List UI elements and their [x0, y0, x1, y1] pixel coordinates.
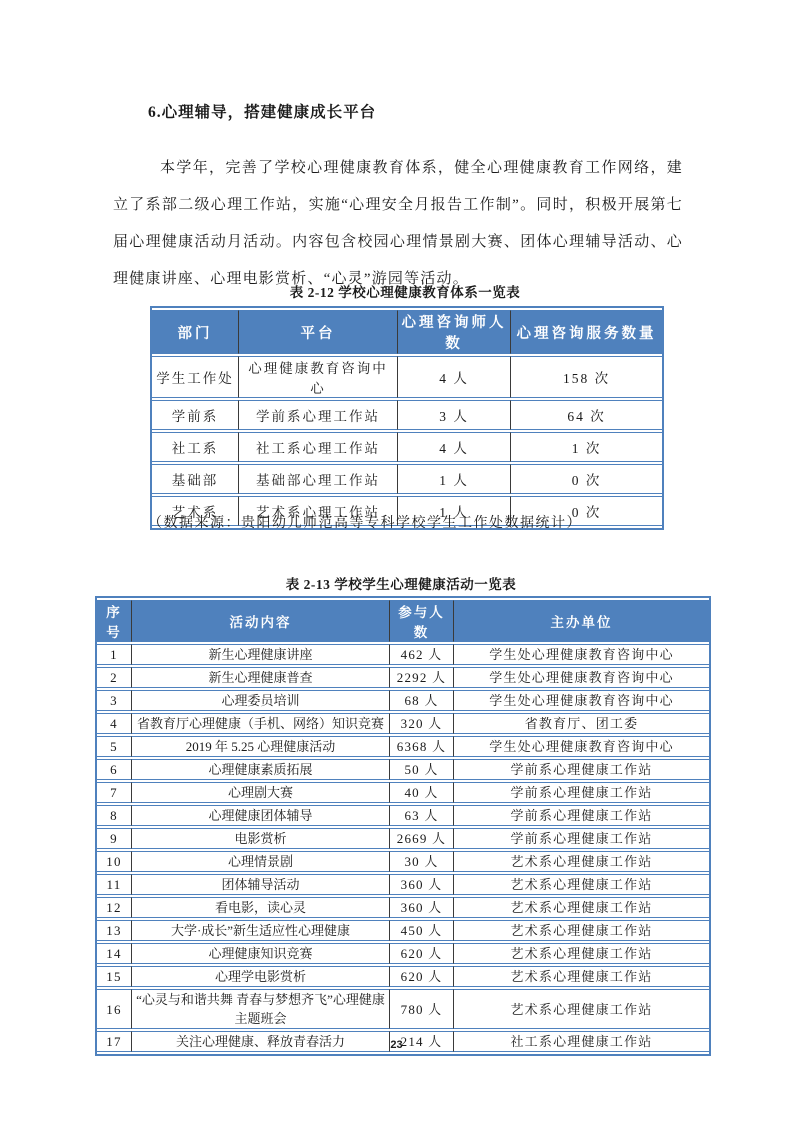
cell-serial-number: 6 — [97, 759, 131, 780]
table-row: 10 心理情景剧 30 人 艺术系心理健康工作站 — [97, 851, 709, 872]
table-row: 14 心理健康知识竞赛 620 人 艺术系心理健康工作站 — [97, 943, 709, 964]
cell-counselor-count: 3 人 — [397, 400, 510, 430]
cell-activity: 看电影，读心灵 — [131, 897, 389, 918]
cell-serial-number: 2 — [97, 667, 131, 688]
cell-platform: 学前系心理工作站 — [238, 400, 397, 430]
cell-counselor-count: 4 人 — [397, 432, 510, 462]
cell-activity: 心理健康素质拓展 — [131, 759, 389, 780]
cell-organizer: 学前系心理健康工作站 — [453, 828, 709, 849]
cell-organizer: 艺术系心理健康工作站 — [453, 851, 709, 872]
cell-participants: 620 人 — [389, 943, 453, 964]
cell-activity: 心理情景剧 — [131, 851, 389, 872]
cell-participants: 6368 人 — [389, 736, 453, 757]
page-number: 23 — [0, 1039, 793, 1051]
cell-organizer: 学生处心理健康教育咨询中心 — [453, 644, 709, 665]
document-page: 6.心理辅导，搭建健康成长平台 本学年，完善了学校心理健康教育体系，健全心理健康… — [0, 0, 793, 1122]
cell-activity: 心理健康知识竞赛 — [131, 943, 389, 964]
cell-serial-number: 14 — [97, 943, 131, 964]
table-row: 2 新生心理健康普查 2292 人 学生处心理健康教育咨询中心 — [97, 667, 709, 688]
cell-participants: 360 人 — [389, 874, 453, 895]
cell-participants: 2669 人 — [389, 828, 453, 849]
cell-participants: 40 人 — [389, 782, 453, 803]
table-row: 15 心理学电影赏析 620 人 艺术系心理健康工作站 — [97, 966, 709, 987]
cell-service-count: 1 次 — [510, 432, 662, 462]
cell-organizer: 学前系心理健康工作站 — [453, 805, 709, 826]
cell-organizer: 学前系心理健康工作站 — [453, 782, 709, 803]
cell-activity: 心理委员培训 — [131, 690, 389, 711]
cell-participants: 462 人 — [389, 644, 453, 665]
cell-organizer: 艺术系心理健康工作站 — [453, 920, 709, 941]
table1-header-cell: 心理咨询师人数 — [397, 310, 510, 354]
table-row: 13 大学·成长”新生适应性心理健康 450 人 艺术系心理健康工作站 — [97, 920, 709, 941]
cell-serial-number: 9 — [97, 828, 131, 849]
cell-organizer: 艺术系心理健康工作站 — [453, 897, 709, 918]
cell-organizer: 艺术系心理健康工作站 — [453, 966, 709, 987]
table-row: 7 心理剧大赛 40 人 学前系心理健康工作站 — [97, 782, 709, 803]
section-heading: 6.心理辅导，搭建健康成长平台 — [148, 100, 376, 122]
table-psych-activities: 序号活动内容参与人数主办单位 1 新生心理健康讲座 462 人 学生处心理健康教… — [95, 596, 711, 1056]
cell-activity: 2019 年 5.25 心理健康活动 — [131, 736, 389, 757]
cell-serial-number: 3 — [97, 690, 131, 711]
cell-organizer: 学生处心理健康教育咨询中心 — [453, 667, 709, 688]
table-row: 6 心理健康素质拓展 50 人 学前系心理健康工作站 — [97, 759, 709, 780]
table2-header-cell: 主办单位 — [453, 600, 709, 642]
cell-department: 学前系 — [152, 400, 238, 430]
table-row: 1 新生心理健康讲座 462 人 学生处心理健康教育咨询中心 — [97, 644, 709, 665]
cell-service-count: 0 次 — [510, 464, 662, 494]
cell-service-count: 64 次 — [510, 400, 662, 430]
table-row: 学生工作处 心理健康教育咨询中心 4 人 158 次 — [152, 356, 662, 398]
cell-organizer: 学前系心理健康工作站 — [453, 759, 709, 780]
cell-activity: 心理学电影赏析 — [131, 966, 389, 987]
cell-activity: 电影赏析 — [131, 828, 389, 849]
cell-organizer: 艺术系心理健康工作站 — [453, 874, 709, 895]
table-psych-education-system: 部门平台心理咨询师人数心理咨询服务数量 学生工作处 心理健康教育咨询中心 4 人… — [150, 306, 664, 530]
cell-serial-number: 12 — [97, 897, 131, 918]
table1-header-cell: 心理咨询服务数量 — [510, 310, 662, 354]
cell-activity: 大学·成长”新生适应性心理健康 — [131, 920, 389, 941]
cell-platform: 基础部心理工作站 — [238, 464, 397, 494]
cell-serial-number: 15 — [97, 966, 131, 987]
table1-caption: 表 2-12 学校心理健康教育体系一览表 — [150, 281, 660, 301]
cell-service-count: 158 次 — [510, 356, 662, 398]
table-row: 学前系 学前系心理工作站 3 人 64 次 — [152, 400, 662, 430]
table-row: 社工系 社工系心理工作站 4 人 1 次 — [152, 432, 662, 462]
cell-serial-number: 7 — [97, 782, 131, 803]
table-row: 3 心理委员培训 68 人 学生处心理健康教育咨询中心 — [97, 690, 709, 711]
cell-counselor-count: 1 人 — [397, 464, 510, 494]
cell-department: 基础部 — [152, 464, 238, 494]
cell-participants: 620 人 — [389, 966, 453, 987]
table-row: 8 心理健康团体辅导 63 人 学前系心理健康工作站 — [97, 805, 709, 826]
cell-organizer: 艺术系心理健康工作站 — [453, 989, 709, 1029]
table2-caption: 表 2-13 学校学生心理健康活动一览表 — [95, 573, 707, 593]
table2-header-cell: 活动内容 — [131, 600, 389, 642]
cell-serial-number: 4 — [97, 713, 131, 734]
table1-header-cell: 平台 — [238, 310, 397, 354]
table2-header-cell: 参与人数 — [389, 600, 453, 642]
table-row: 12 看电影，读心灵 360 人 艺术系心理健康工作站 — [97, 897, 709, 918]
body-paragraph: 本学年，完善了学校心理健康教育体系，健全心理健康教育工作网络，建立了系部二级心理… — [113, 150, 683, 298]
cell-serial-number: 10 — [97, 851, 131, 872]
cell-activity: 心理剧大赛 — [131, 782, 389, 803]
cell-serial-number: 13 — [97, 920, 131, 941]
cell-activity: 省教育厅心理健康（手机、网络）知识竞赛 — [131, 713, 389, 734]
cell-organizer: 省教育厅、团工委 — [453, 713, 709, 734]
cell-activity: 新生心理健康讲座 — [131, 644, 389, 665]
table-row: 4 省教育厅心理健康（手机、网络）知识竞赛 320 人 省教育厅、团工委 — [97, 713, 709, 734]
table-row: 基础部 基础部心理工作站 1 人 0 次 — [152, 464, 662, 494]
cell-serial-number: 11 — [97, 874, 131, 895]
cell-counselor-count: 4 人 — [397, 356, 510, 398]
cell-participants: 30 人 — [389, 851, 453, 872]
cell-participants: 50 人 — [389, 759, 453, 780]
cell-department: 学生工作处 — [152, 356, 238, 398]
table1-header-cell: 部门 — [152, 310, 238, 354]
cell-participants: 780 人 — [389, 989, 453, 1029]
cell-organizer: 学生处心理健康教育咨询中心 — [453, 690, 709, 711]
table-row: 11 团体辅导活动 360 人 艺术系心理健康工作站 — [97, 874, 709, 895]
cell-participants: 320 人 — [389, 713, 453, 734]
cell-participants: 63 人 — [389, 805, 453, 826]
cell-serial-number: 16 — [97, 989, 131, 1029]
cell-participants: 2292 人 — [389, 667, 453, 688]
table1-header-row: 部门平台心理咨询师人数心理咨询服务数量 — [152, 310, 662, 354]
cell-participants: 360 人 — [389, 897, 453, 918]
cell-organizer: 艺术系心理健康工作站 — [453, 943, 709, 964]
cell-serial-number: 8 — [97, 805, 131, 826]
cell-activity: 团体辅导活动 — [131, 874, 389, 895]
cell-participants: 450 人 — [389, 920, 453, 941]
table2-header-cell: 序号 — [97, 600, 131, 642]
data-source-note: （数据来源：贵阳幼儿师范高等专科学校学生工作处数据统计） — [148, 512, 582, 532]
table-row: 5 2019 年 5.25 心理健康活动 6368 人 学生处心理健康教育咨询中… — [97, 736, 709, 757]
cell-participants: 68 人 — [389, 690, 453, 711]
cell-serial-number: 1 — [97, 644, 131, 665]
cell-serial-number: 5 — [97, 736, 131, 757]
table-row: 16 “心灵与和谐共舞 青春与梦想齐飞”心理健康主题班会 780 人 艺术系心理… — [97, 989, 709, 1029]
table-row: 9 电影赏析 2669 人 学前系心理健康工作站 — [97, 828, 709, 849]
cell-activity: “心灵与和谐共舞 青春与梦想齐飞”心理健康主题班会 — [131, 989, 389, 1029]
cell-platform: 心理健康教育咨询中心 — [238, 356, 397, 398]
cell-department: 社工系 — [152, 432, 238, 462]
table2-header-row: 序号活动内容参与人数主办单位 — [97, 600, 709, 642]
cell-activity: 新生心理健康普查 — [131, 667, 389, 688]
cell-organizer: 学生处心理健康教育咨询中心 — [453, 736, 709, 757]
cell-platform: 社工系心理工作站 — [238, 432, 397, 462]
cell-activity: 心理健康团体辅导 — [131, 805, 389, 826]
